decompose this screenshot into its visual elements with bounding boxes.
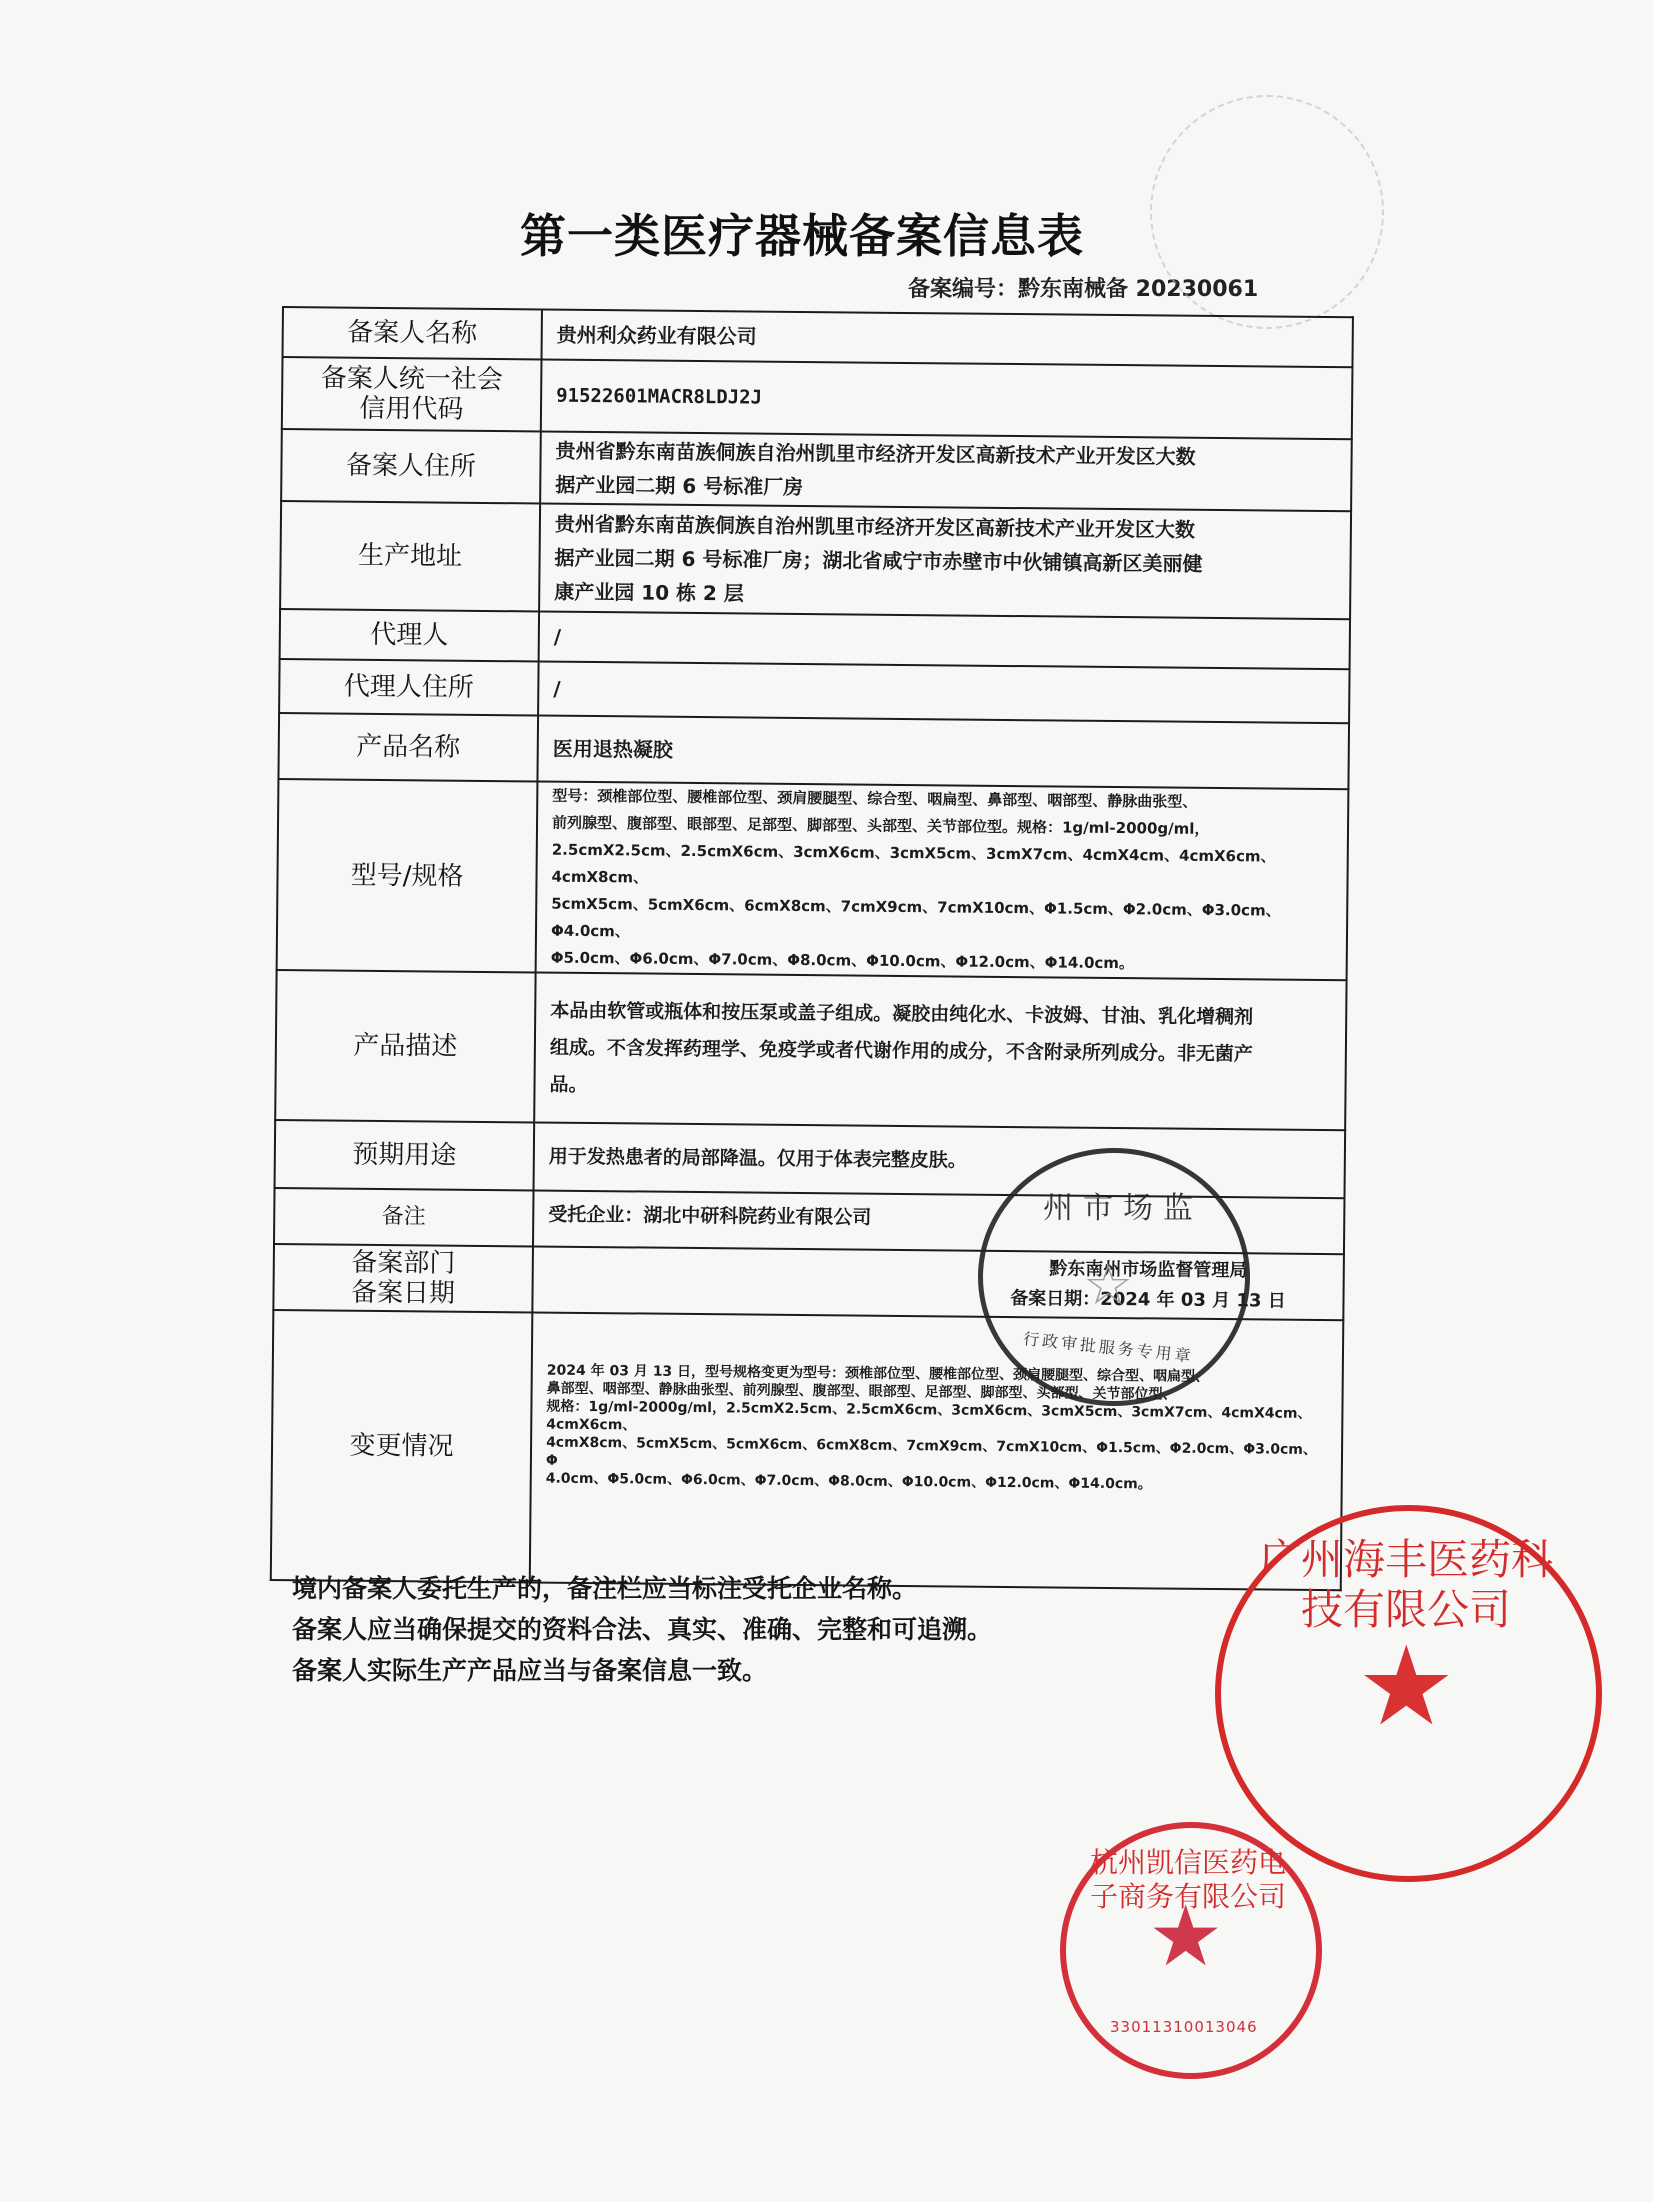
table-row: 型号/规格 型号：颈椎部位型、腰椎部位型、颈肩腰腿型、综合型、咽扁型、鼻部型、咽… [277,779,1349,980]
intended-use: 用于发热患者的局部降温。仅用于体表完整皮肤。 [534,1122,1346,1198]
row-label: 备案人住所 [281,429,541,503]
note-line: 境内备案人委托生产的，备注栏应当标注受托企业名称。 [292,1568,992,1609]
table-row: 预期用途 用于发热患者的局部降温。仅用于体表完整皮肤。 [275,1120,1346,1198]
record-info-table: 备案人名称 贵州利众药业有限公司 备案人统一社会 信用代码 91522601MA… [270,306,1354,1591]
row-label: 备注 [274,1188,534,1246]
note-line: 备案人实际生产产品应当与备案信息一致。 [292,1650,992,1691]
filing-department-date: 黔东南州市场监督管理局 备案日期：2024 年 03 月 13 日 [532,1246,1344,1320]
row-label: 代理人住所 [279,659,539,715]
note-line: 备案人应当确保提交的资料合法、真实、准确、完整和可追溯。 [292,1609,992,1650]
star-icon: ★ [1148,1894,1223,1978]
table-row: 备注 受托企业：湖北中研科院药业有限公司 [274,1188,1344,1254]
agent: / [539,611,1350,669]
table-row: 备案部门 备案日期 黔东南州市场监督管理局 备案日期：2024 年 03 月 1… [273,1244,1344,1320]
row-label: 产品名称 [278,713,538,781]
table-row: 产品名称 医用退热凝胶 [278,713,1349,789]
product-name: 医用退热凝胶 [537,715,1349,789]
table-row: 生产地址 贵州省黔东南苗族侗族自治州凯里市经济开发区高新技术产业开发区大数 据产… [280,501,1351,619]
company-seal-2: 杭州凯信医药电子商务有限公司 ★ 33011310013046 [1060,1822,1322,2079]
credit-code: 91522601MACR8LDJ2J [541,359,1353,439]
seal-number: 33011310013046 [1110,2018,1258,2036]
row-label: 型号/规格 [277,779,538,972]
row-label: 变更情况 [271,1310,533,1582]
star-icon: ★ [1357,1631,1456,1741]
notes: 境内备案人委托生产的，备注栏应当标注受托企业名称。 备案人应当确保提交的资料合法… [292,1568,992,1691]
registrant-name: 贵州利众药业有限公司 [541,309,1352,367]
change-history: 2024 年 03 月 13 日，型号规格变更为型号：颈椎部位型、腰椎部位型、颈… [530,1312,1344,1590]
remarks: 受托企业：湖北中研科院药业有限公司 [533,1190,1345,1254]
row-label: 生产地址 [280,501,540,611]
table-row: 产品描述 本品由软管或瓶体和按压泵或盖子组成。凝胶由纯化水、卡波姆、甘油、乳化增… [275,970,1346,1130]
table-row: 变更情况 2024 年 03 月 13 日，型号规格变更为型号：颈椎部位型、腰椎… [271,1310,1344,1590]
agent-address: / [538,661,1349,723]
production-address: 贵州省黔东南苗族侗族自治州凯里市经济开发区高新技术产业开发区大数 据产业园二期 … [539,503,1351,619]
row-label: 产品描述 [275,970,535,1122]
document-title: 第一类医疗器械备案信息表 [520,200,1140,266]
filing-date: 备案日期：2024 年 03 月 13 日 [547,1280,1328,1317]
table-row: 备案人统一社会 信用代码 91522601MACR8LDJ2J [282,357,1353,439]
record-number: 备案编号：黔东南械备 20230061 [908,272,1258,303]
product-description: 本品由软管或瓶体和按压泵或盖子组成。凝胶由纯化水、卡波姆、甘油、乳化增稠剂 组成… [534,972,1346,1130]
model-spec: 型号：颈椎部位型、腰椎部位型、颈肩腰腿型、综合型、咽扁型、鼻部型、咽部型、静脉曲… [536,781,1349,980]
row-label: 预期用途 [275,1120,535,1190]
row-label: 备案人统一社会 信用代码 [282,357,542,431]
registrant-address: 贵州省黔东南苗族侗族自治州凯里市经济开发区高新技术产业开发区大数 据产业园二期 … [540,431,1352,511]
row-label: 备案人名称 [283,307,542,359]
row-label: 备案部门 备案日期 [273,1244,533,1312]
row-label: 代理人 [280,609,539,661]
table-row: 备案人住所 贵州省黔东南苗族侗族自治州凯里市经济开发区高新技术产业开发区大数 据… [281,429,1352,511]
